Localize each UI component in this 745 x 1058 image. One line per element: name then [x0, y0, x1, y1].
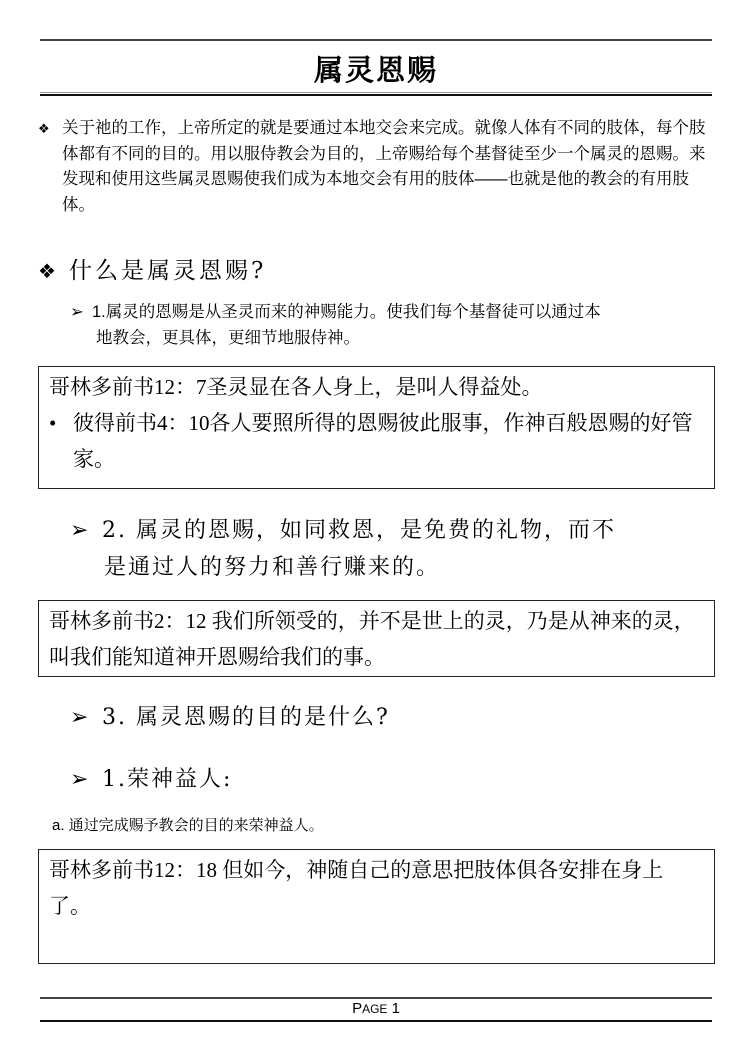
header-top-rule: [40, 39, 712, 41]
point-4: ➢1.荣神益人:: [70, 762, 232, 793]
verse-box-2: 哥林多前书2：12 我们所领受的，并不是世上的灵，乃是从神来的灵，叫我们能知道神…: [38, 600, 715, 677]
intro-paragraph: ❖ 关于祂的工作，上帝所定的就是要通过本地交会来完成。就像人体有不同的肢体，每个…: [38, 116, 718, 218]
header-bottom-rule: [40, 94, 712, 96]
page-number: 1: [392, 1000, 400, 1017]
point-2-line1: 2. 属灵的恩赐，如同救恩，是免费的礼物，而不: [102, 518, 616, 543]
point-1-line2: 地教会，更具体，更细节地服侍神。: [96, 326, 718, 352]
point-3: ➢3. 属灵恩赐的目的是什么?: [70, 700, 390, 731]
point-4-text: 1.荣神益人:: [102, 767, 232, 792]
arrow-bullet-icon: ➢: [70, 705, 102, 730]
arrow-bullet-icon: ➢: [70, 767, 102, 792]
arrow-bullet-icon: ➢: [70, 300, 92, 326]
point-3-text: 3. 属灵恩赐的目的是什么?: [102, 705, 390, 730]
verse-box-1: 哥林多前书12：7圣灵显在各人身上，是叫人得益处。 • 彼得前书4：10各人要照…: [38, 366, 715, 489]
point-2: ➢2. 属灵的恩赐，如同救恩，是免费的礼物，而不 是通过人的努力和善行赚来的。: [70, 512, 718, 586]
diamond-bullet-icon: ❖: [38, 259, 59, 283]
verse-box-3: 哥林多前书12：18 但如今，神随自己的意思把肢体俱各安排在身上了。: [38, 849, 715, 964]
point-2-line2: 是通过人的努力和善行赚来的。: [104, 549, 718, 586]
sub-point-a: a. 通过完成赐予教会的目的来荣神益人。: [52, 814, 324, 835]
verse-1co-12-7: 哥林多前书12：7圣灵显在各人身上，是叫人得益处。: [49, 369, 704, 405]
point-1-line1: 1.属灵的恩赐是从圣灵而来的神赐能力。使我们每个基督徒可以通过本: [92, 303, 601, 321]
section-heading: ❖什么是属灵恩赐?: [38, 252, 266, 285]
header-bottom-rule-thin: [40, 92, 712, 93]
verse-1co-12-18: 哥林多前书12：18 但如今，神随自己的意思把肢体俱各安排在身上了。: [49, 852, 704, 924]
intro-text: 关于祂的工作，上帝所定的就是要通过本地交会来完成。就像人体有不同的肢体，每个肢体…: [62, 116, 718, 218]
section-heading-text: 什么是属灵恩赐?: [69, 258, 266, 284]
footer-top-rule: [40, 997, 712, 999]
arrow-bullet-icon: ➢: [70, 512, 102, 549]
diamond-bullet-icon: ❖: [38, 116, 50, 142]
footer-bottom-rule: [40, 1020, 712, 1022]
page-label-rest: AGE: [362, 1002, 387, 1016]
page-footer: PAGE 1: [40, 1000, 712, 1017]
verse-1pe-4-10: 彼得前书4：10各人要照所得的恩赐彼此服事，作神百般恩赐的好管家。: [73, 411, 693, 471]
bullet-dot-icon: •: [49, 405, 56, 441]
verse-1co-2-12: 哥林多前书2：12 我们所领受的，并不是世上的灵，乃是从神来的灵，叫我们能知道神…: [49, 603, 704, 675]
page-label-first: P: [352, 1000, 362, 1017]
point-1: ➢1.属灵的恩赐是从圣灵而来的神赐能力。使我们每个基督徒可以通过本 地教会，更具…: [70, 300, 718, 351]
page-title: 属灵恩赐: [40, 48, 712, 89]
verse-list-item: • 彼得前书4：10各人要照所得的恩赐彼此服事，作神百般恩赐的好管家。: [49, 405, 704, 477]
